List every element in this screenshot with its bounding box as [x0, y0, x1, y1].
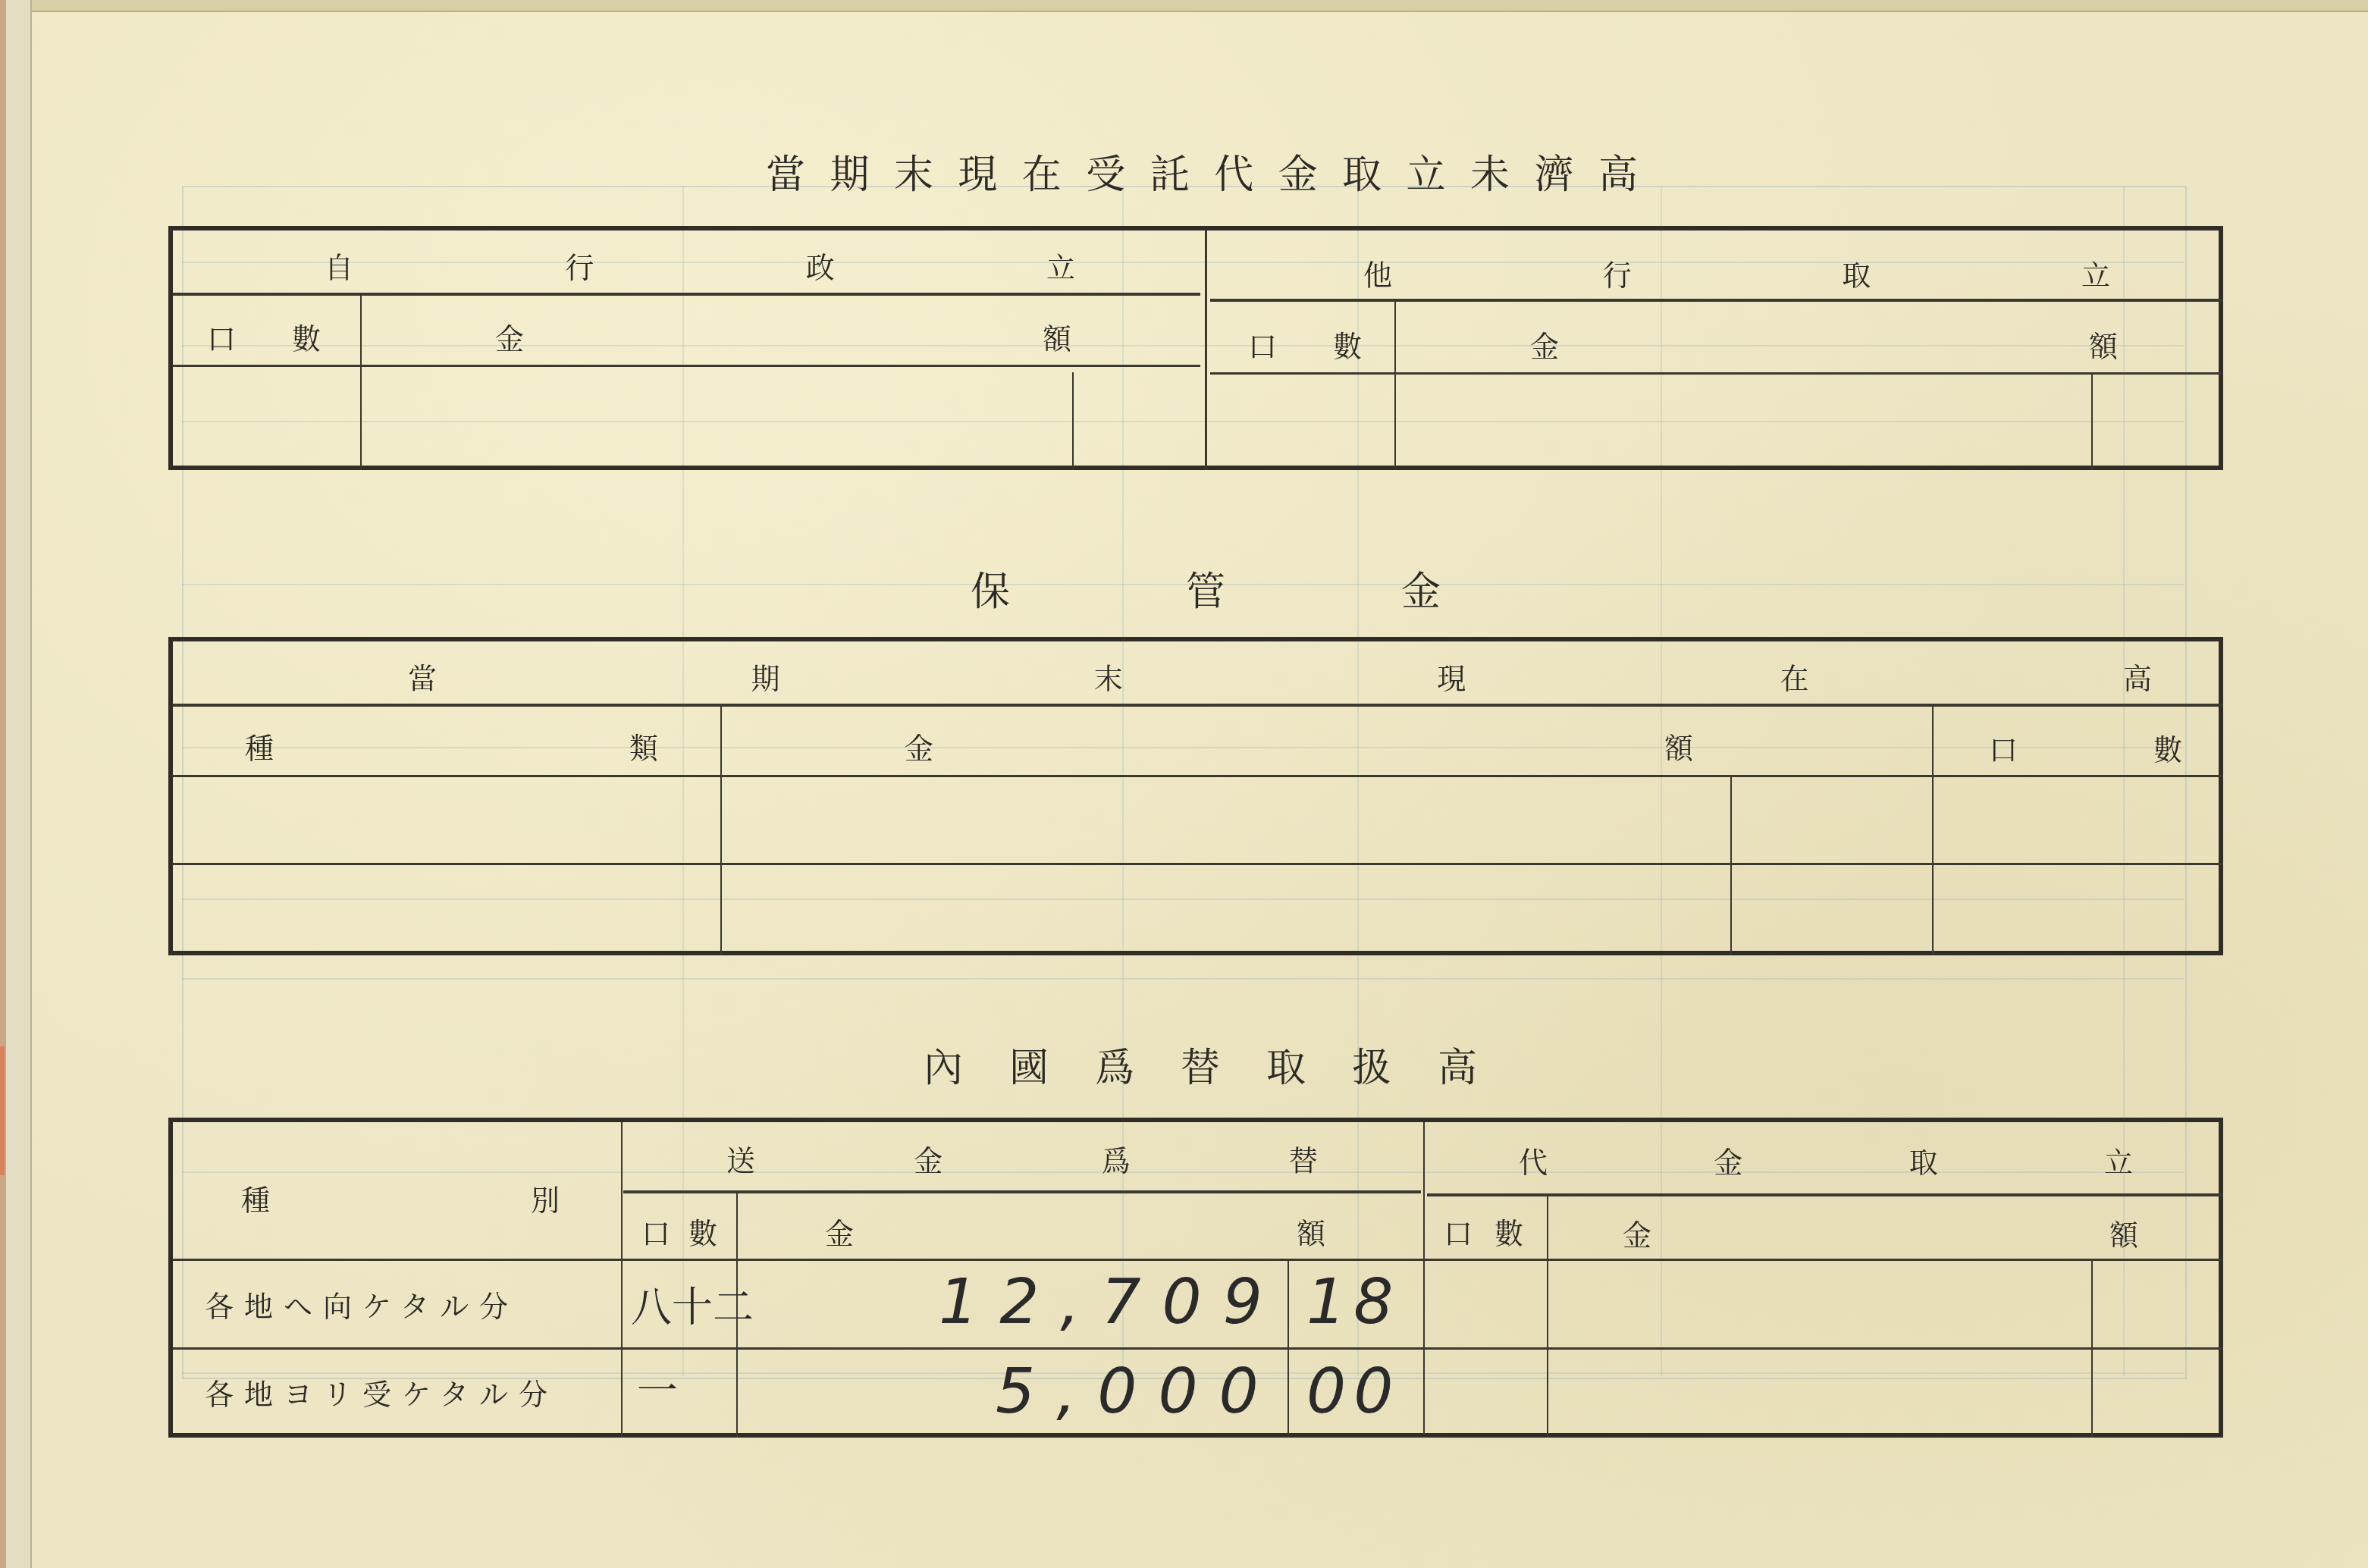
label-char: 口	[207, 315, 236, 357]
amount-header: 金 額	[1623, 1212, 2138, 1253]
label-char: 金	[825, 1210, 854, 1252]
header-char: 金	[1714, 1139, 1742, 1181]
row-kind-incoming: 各地ヨリ受ケタル分	[205, 1371, 558, 1413]
title-char: 金	[1278, 143, 1318, 199]
label-char: 口	[641, 1210, 670, 1252]
label-char: 類	[629, 725, 658, 767]
row-kind-outgoing: 各地へ向ケタル分	[205, 1283, 519, 1325]
col-divider	[1394, 299, 1396, 470]
label-char: 口	[1989, 726, 2018, 768]
row-rule	[173, 1347, 2223, 1350]
col-divider	[1932, 704, 1934, 955]
title-char: 金	[1401, 560, 1441, 616]
row-rule	[173, 863, 2223, 865]
header-char: 替	[1289, 1137, 1318, 1179]
header-char: 立	[2081, 252, 2110, 293]
yen-sen-divider	[2091, 1259, 2093, 1438]
own-bank-collection-header: 自 行 政 立	[325, 244, 1075, 286]
domestic-exchange-table: 種 別 送 金 爲 替 口 數 金 額 代 金 取 立 口 數 金 額	[168, 1118, 2223, 1438]
group-divider	[1205, 230, 1207, 470]
amount-header: 金 額	[825, 1210, 1325, 1252]
group-divider	[1423, 1122, 1425, 1438]
header-char: 取	[1842, 252, 1871, 293]
title-char: 取	[1342, 143, 1382, 199]
label-char: 口	[1444, 1210, 1473, 1252]
title-char: 未	[1470, 143, 1510, 199]
subheader-rule	[1210, 372, 2223, 375]
subheader-rule	[173, 365, 1200, 367]
amount-header: 金 額	[495, 315, 1071, 357]
row-remit-sen: 00	[1306, 1356, 1400, 1428]
yen-sen-divider	[1072, 372, 1074, 470]
label-char: 種	[241, 1177, 270, 1218]
title-char: 期	[830, 143, 869, 199]
label-char: 別	[531, 1177, 560, 1218]
header-char: 當	[408, 655, 437, 697]
subheader-rule	[173, 1259, 2223, 1261]
label-char: 金	[1530, 323, 1559, 365]
page-top-edge	[0, 0, 2368, 12]
uncollected-bills-table: 自 行 政 立 口 數 金 額 他 行 取 立 口 數 金 額	[168, 226, 2223, 470]
header-char: 政	[806, 244, 835, 286]
kind-header: 種 別	[241, 1177, 560, 1218]
label-char: 額	[1297, 1210, 1325, 1252]
header-char: 現	[1437, 655, 1466, 697]
title-char: 取	[1266, 1036, 1306, 1093]
title-char: 立	[1407, 143, 1446, 199]
title-char: 國	[1009, 1036, 1049, 1093]
label-char: 數	[2153, 726, 2182, 768]
count-header: 口 數	[1444, 1210, 1523, 1252]
header-rule	[1210, 299, 2223, 302]
section1-title: 當 期 末 現 在 受 託 代 金 取 立 未 濟 高	[766, 143, 1638, 199]
col-divider	[720, 704, 722, 955]
header-rule	[173, 704, 2223, 707]
label-char: 口	[1248, 323, 1277, 365]
title-char: 高	[1438, 1036, 1477, 1093]
title-char: 扱	[1352, 1036, 1391, 1093]
period-end-balance-header: 當 期 末 現 在 高	[408, 655, 2152, 697]
label-char: 金	[905, 725, 933, 767]
label-char: 數	[1333, 323, 1362, 365]
binding-edge	[0, 0, 6, 1568]
yen-sen-divider	[1288, 1259, 1289, 1438]
row-remit-count: 一	[637, 1359, 678, 1417]
title-char: 替	[1181, 1036, 1220, 1093]
row-remit-yen: 5,000	[996, 1356, 1280, 1428]
title-char: 內	[924, 1036, 963, 1093]
header-char: 期	[751, 655, 779, 697]
row-remit-count: 八十二	[631, 1275, 754, 1334]
header-char: 取	[1909, 1139, 1938, 1181]
header-char: 金	[914, 1137, 942, 1179]
title-char: 現	[958, 143, 997, 199]
remittance-header: 送 金 爲 替	[726, 1137, 1318, 1179]
header-char: 爲	[1102, 1137, 1131, 1179]
header-char: 他	[1363, 252, 1392, 293]
label-char: 額	[2089, 323, 2118, 365]
title-char: 保	[971, 560, 1010, 616]
header-rule	[173, 293, 1200, 296]
count-header: 口 數	[1989, 726, 2182, 768]
col-divider	[1547, 1193, 1548, 1438]
header-char: 末	[1094, 655, 1123, 697]
header-char: 送	[726, 1137, 755, 1179]
title-char: 高	[1598, 143, 1638, 199]
label-char: 額	[2109, 1212, 2138, 1253]
subheader-rule	[173, 775, 2223, 777]
amount-header: 金 額	[905, 725, 1693, 767]
label-char: 數	[292, 315, 321, 357]
col-divider	[360, 293, 362, 470]
label-char: 金	[1623, 1212, 1651, 1253]
title-char: 受	[1086, 143, 1125, 199]
binding-margin	[6, 0, 32, 1568]
header-rule	[623, 1190, 1421, 1193]
yen-sen-divider	[2091, 372, 2093, 470]
title-char: 爲	[1095, 1036, 1134, 1093]
red-edge-mark	[0, 1046, 5, 1175]
other-bank-collection-header: 他 行 取 立	[1363, 252, 2110, 293]
title-char: 在	[1022, 143, 1062, 199]
header-char: 行	[1603, 252, 1632, 293]
type-header: 種 類	[245, 725, 658, 767]
header-char: 立	[1046, 244, 1075, 286]
label-char: 種	[245, 725, 274, 767]
title-char: 管	[1186, 560, 1225, 616]
ledger-page: 當 期 末 現 在 受 託 代 金 取 立 未 濟 高 自 行 政 立	[0, 0, 2368, 1568]
bleed-through-line	[182, 978, 2184, 980]
section2-title: 保 管 金	[971, 560, 1441, 616]
title-char: 濟	[1534, 143, 1573, 199]
count-header: 口 數	[1248, 323, 1362, 365]
header-char: 高	[2123, 655, 2152, 697]
header-char: 立	[2104, 1139, 2133, 1181]
label-char: 數	[688, 1210, 717, 1252]
header-char: 在	[1780, 655, 1809, 697]
yen-sen-divider	[1730, 775, 1732, 955]
custody-funds-table: 當 期 末 現 在 高 種 類 金 額 口 數	[168, 637, 2223, 955]
count-header: 口 數	[207, 315, 321, 357]
label-char: 額	[1043, 315, 1071, 357]
label-char: 金	[495, 315, 524, 357]
col-divider	[621, 1122, 623, 1438]
label-char: 額	[1664, 725, 1693, 767]
header-char: 自	[325, 244, 353, 286]
title-char: 代	[1214, 143, 1253, 199]
header-char: 代	[1519, 1139, 1548, 1181]
count-header: 口 數	[641, 1210, 717, 1252]
header-char: 行	[565, 244, 594, 286]
title-char: 末	[894, 143, 933, 199]
section3-title: 內 國 爲 替 取 扱 高	[924, 1036, 1477, 1093]
amount-header: 金 額	[1530, 323, 2118, 365]
label-char: 數	[1495, 1210, 1523, 1252]
row-remit-sen: 18	[1306, 1266, 1400, 1338]
collection-header: 代 金 取 立	[1519, 1139, 2133, 1181]
title-char: 當	[766, 143, 805, 199]
title-char: 託	[1150, 143, 1190, 199]
row-remit-yen: 12,709	[939, 1266, 1284, 1338]
